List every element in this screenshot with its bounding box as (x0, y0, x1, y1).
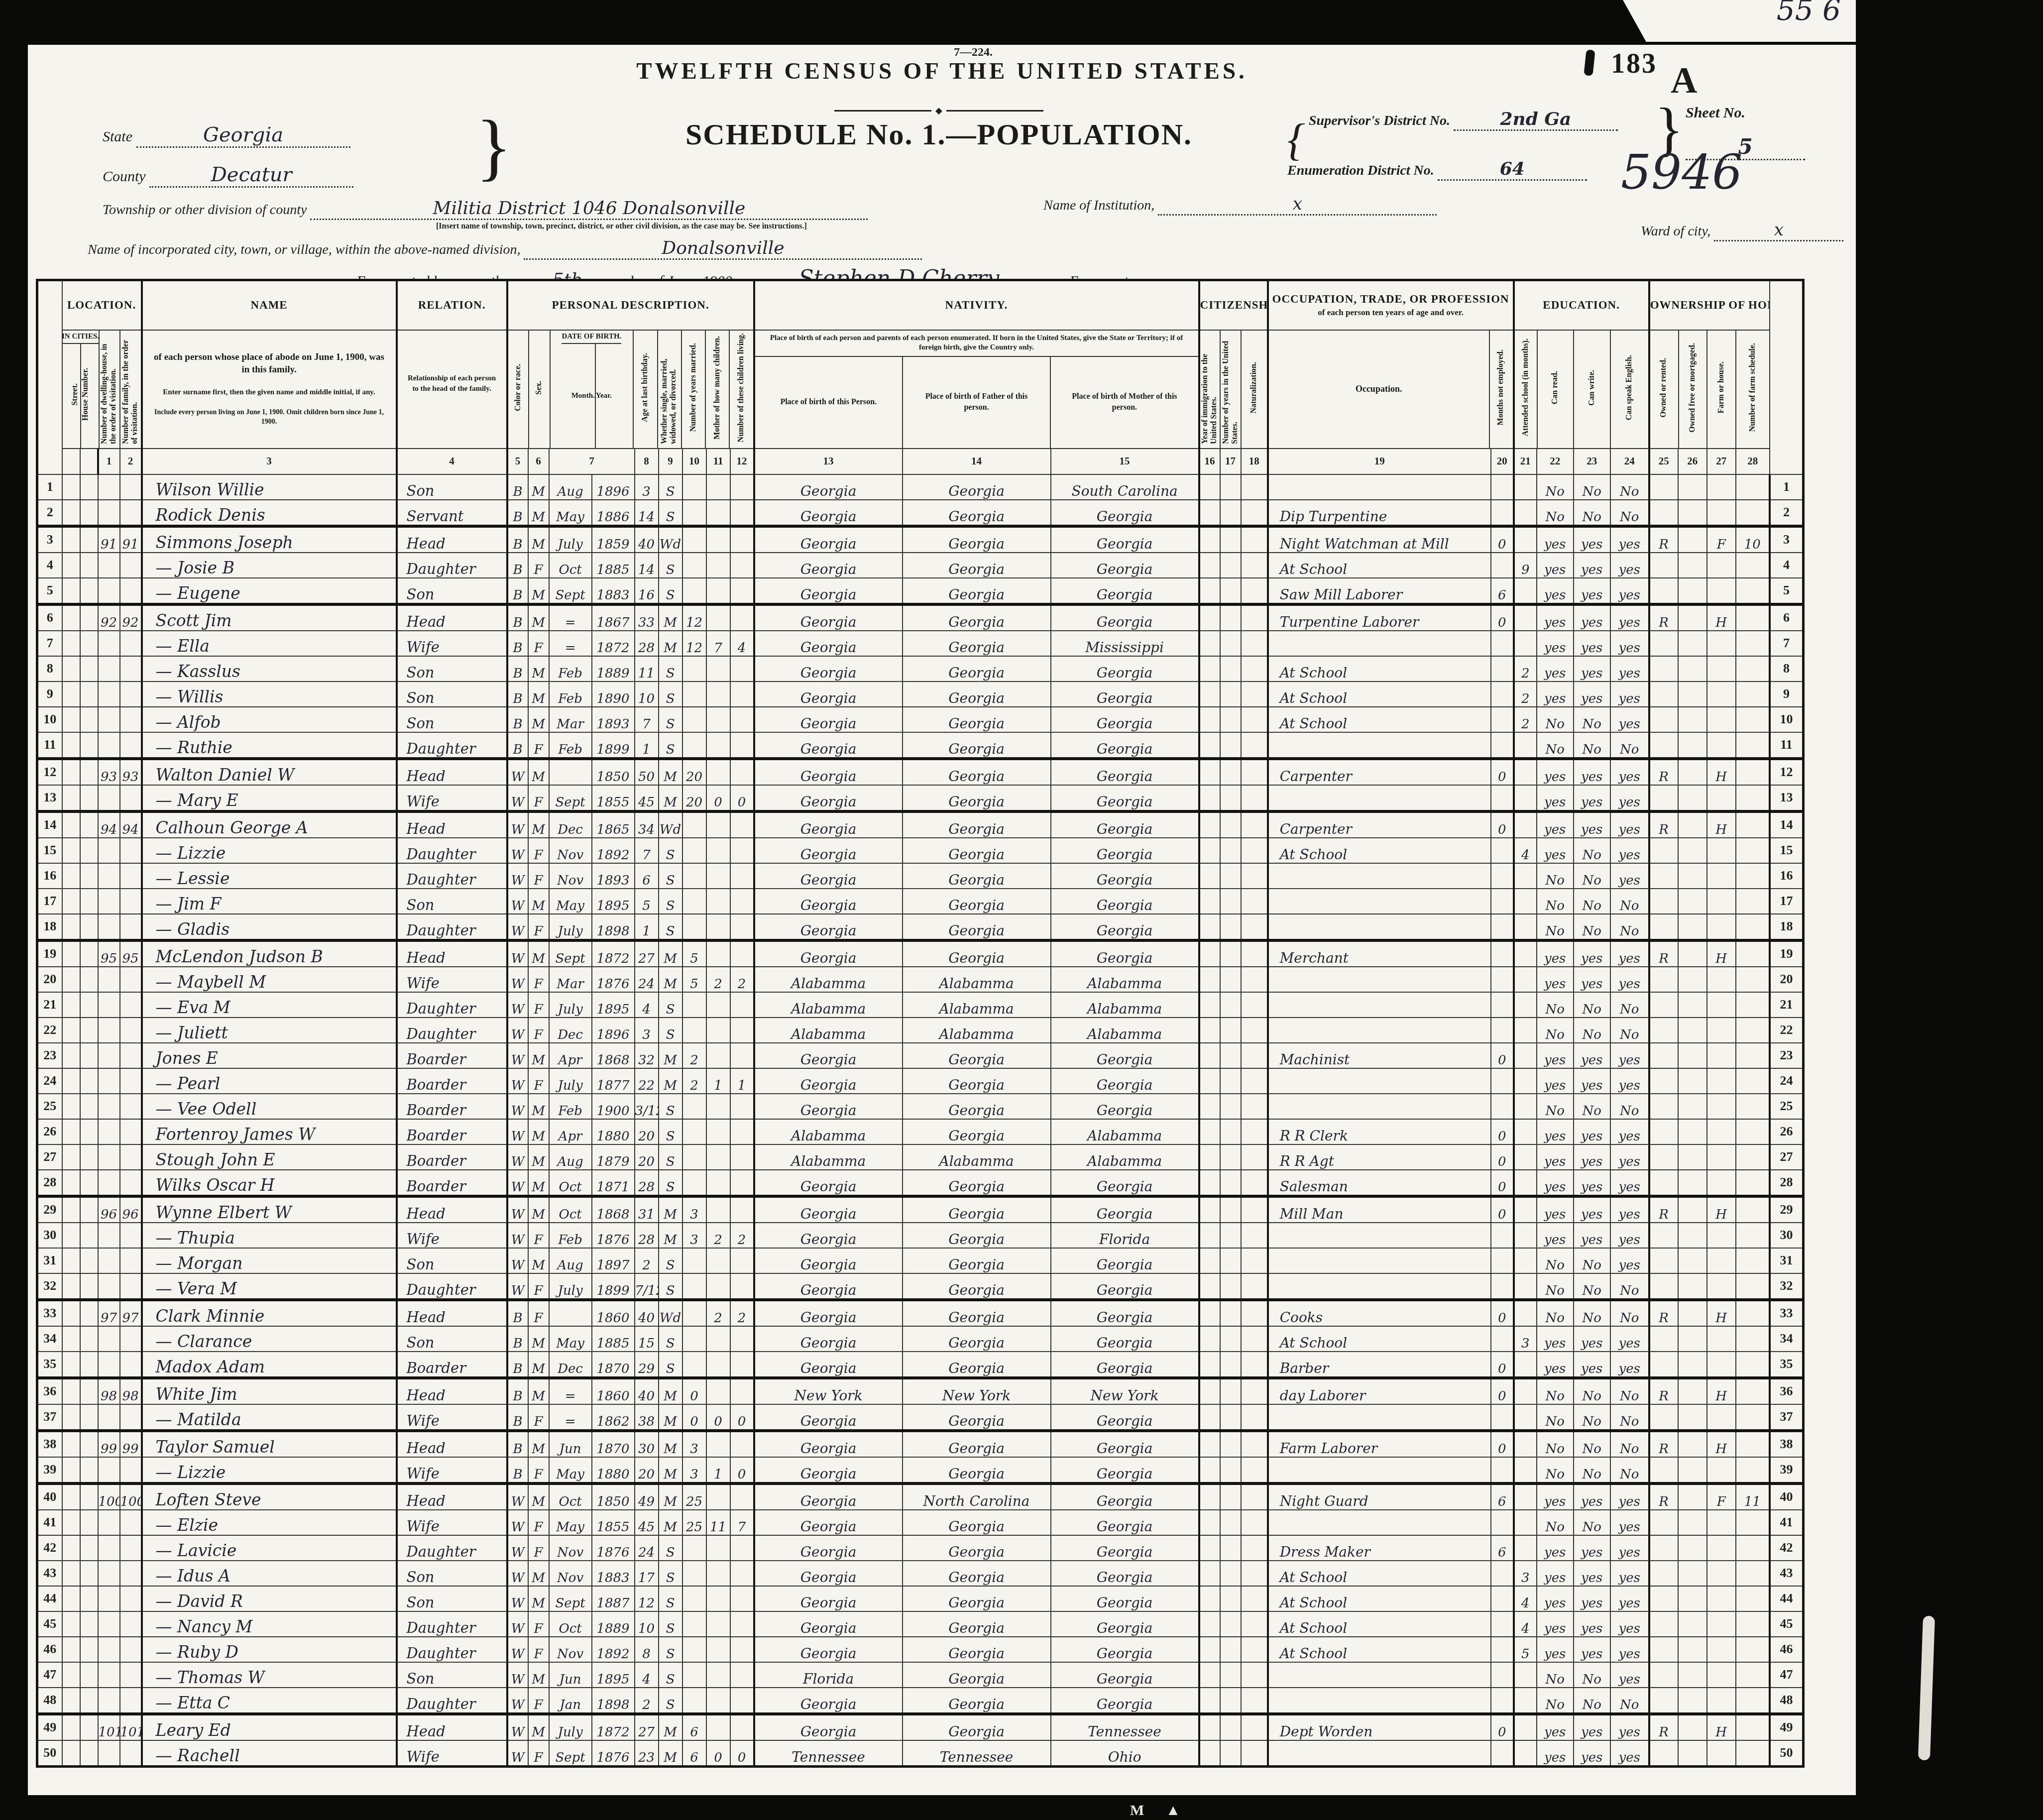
cell-free-mortgaged (1678, 732, 1707, 759)
cell-relation: Son (397, 1662, 507, 1688)
cell-house-number (80, 500, 98, 526)
census-row: 389999Taylor SamuelHeadBMJun187030M3Geor… (37, 1431, 1804, 1457)
state-field: State Georgia (103, 123, 350, 148)
cell-house-number (80, 838, 98, 863)
cell-birth-month: Jun (549, 1431, 592, 1457)
cell-marital-status: Wd (659, 526, 682, 553)
cell-name: — Matilda (142, 1404, 397, 1431)
cell-dwelling-number (98, 1561, 120, 1586)
cell-birthplace-mother: Alabamma (1051, 1119, 1199, 1144)
cell-years-married (682, 553, 706, 578)
cell-birth-month: May (549, 1510, 592, 1535)
cell-months-not-employed (1491, 863, 1514, 889)
cell-sex: M (528, 1144, 549, 1170)
cell-family-number (120, 1352, 142, 1378)
cell-birthplace-mother: Georgia (1051, 1662, 1199, 1688)
cell-can-speak-english: yes (1610, 1223, 1649, 1248)
cell-house-number (80, 1119, 98, 1144)
cell-immigration-year (1199, 474, 1220, 500)
cell-years-in-us (1220, 578, 1241, 604)
cell-birth-year: 1885 (592, 1326, 635, 1352)
cell-age: 20 (635, 1144, 659, 1170)
cell-dwelling-number (98, 838, 120, 863)
cell-birthplace-person: Georgia (754, 1094, 903, 1119)
cell-sex: M (528, 1483, 549, 1510)
cell-sex: M (528, 759, 549, 785)
cell-months-not-employed: 0 (1491, 1378, 1514, 1404)
cell-birthplace-mother: Georgia (1051, 732, 1199, 759)
cell-house-number (80, 1662, 98, 1688)
cell-marital-status: S (659, 707, 682, 732)
cell-children-living (730, 1248, 754, 1273)
column-number-15: 15 (1051, 449, 1199, 474)
cell-age: 8 (635, 1637, 659, 1662)
cell-owned-rented (1649, 1352, 1678, 1378)
cell-birth-year: 1880 (592, 1119, 635, 1144)
cell-naturalization (1241, 1510, 1268, 1535)
cell-children-living (730, 1352, 754, 1378)
cell-birthplace-father: Georgia (903, 1662, 1051, 1688)
cell-owned-rented (1649, 553, 1678, 578)
cell-birth-month: Apr (549, 1119, 592, 1144)
cell-name: Leary Ed (142, 1714, 397, 1740)
cell-family-number: 93 (120, 759, 142, 785)
census-row: 26Fortenroy James WBoarderWMApr188020SAl… (37, 1119, 1804, 1144)
cell-occupation: R R Clerk (1268, 1119, 1491, 1144)
census-row: 199595McLendon Judson BHeadWMSept187227M… (37, 940, 1804, 967)
cell-birthplace-father: Georgia (903, 1068, 1051, 1094)
cell-immigration-year (1199, 1326, 1220, 1352)
cell-years-married (682, 1561, 706, 1586)
cell-age: 17 (635, 1561, 659, 1586)
cell-free-mortgaged (1678, 500, 1707, 526)
cell-can-speak-english: yes (1610, 578, 1649, 604)
cell-marital-status: S (659, 1352, 682, 1378)
cell-free-mortgaged (1678, 1510, 1707, 1535)
cell-farm-house (1707, 732, 1736, 759)
cell-owned-rented (1649, 656, 1678, 682)
cell-birthplace-person: Georgia (754, 553, 903, 578)
cell-birthplace-person: Georgia (754, 707, 903, 732)
cell-street (62, 1688, 80, 1714)
cell-naturalization (1241, 992, 1268, 1018)
cell-color: W (507, 1611, 528, 1637)
family-column-label: Number of family, in the order of visita… (121, 332, 140, 447)
cell-attended-school: 2 (1514, 682, 1537, 707)
cell-can-speak-english: No (1610, 1018, 1649, 1043)
cell-children-living (730, 1637, 754, 1662)
cell-months-not-employed (1491, 914, 1514, 940)
cell-occupation (1268, 1510, 1491, 1535)
cell-birth-month: July (549, 1068, 592, 1094)
cell-birthplace-person: Alabamma (754, 967, 903, 992)
cell-street (62, 604, 80, 631)
county-label: County (103, 168, 146, 185)
census-row: 34— ClaranceSonBMMay188515SGeorgiaGeorgi… (37, 1326, 1804, 1352)
cell-immigration-year (1199, 1068, 1220, 1094)
cell-house-number (80, 1144, 98, 1170)
cell-attended-school (1514, 604, 1537, 631)
cell-years-in-us (1220, 967, 1241, 992)
cell-name: — Juliett (142, 1018, 397, 1043)
cell-naturalization (1241, 1170, 1268, 1196)
cell-mother-of-children (706, 604, 730, 631)
cell-relation: Servant (397, 500, 507, 526)
cell-farm-schedule (1736, 1068, 1770, 1094)
ward-field: Ward of city, x (1641, 220, 1843, 241)
age-column-label: Age at last birthday. (641, 353, 650, 425)
cell-children-living (730, 863, 754, 889)
cell-farm-house (1707, 1326, 1736, 1352)
cell-sex: M (528, 1352, 549, 1378)
cell-family-number (120, 1457, 142, 1483)
cell-occupation: At School (1268, 707, 1491, 732)
cell-house-number (80, 1483, 98, 1510)
cell-can-write: No (1574, 889, 1610, 914)
cell-family-number (120, 732, 142, 759)
cell-children-living (730, 940, 754, 967)
cell-naturalization (1241, 1714, 1268, 1740)
cell-mother-of-children (706, 1094, 730, 1119)
cell-birth-month: Sept (549, 1586, 592, 1611)
cell-birthplace-mother: Georgia (1051, 1196, 1199, 1223)
cell-relation: Boarder (397, 1119, 507, 1144)
cell-naturalization (1241, 785, 1268, 811)
cell-street (62, 1326, 80, 1352)
county-field: County Decatur (103, 163, 353, 188)
cell-naturalization (1241, 1094, 1268, 1119)
column-number-8: 8 (635, 449, 659, 474)
cell-children-living: 2 (730, 967, 754, 992)
institution-field: Name of Institution, x (1043, 194, 1437, 216)
column-number-14: 14 (903, 449, 1051, 474)
cell-house-number (80, 992, 98, 1018)
cell-sex: F (528, 553, 549, 578)
cell-birthplace-person: Georgia (754, 1611, 903, 1637)
row-number-left: 12 (37, 759, 62, 785)
cell-birthplace-mother: South Carolina (1051, 474, 1199, 500)
cell-color: W (507, 1068, 528, 1094)
cell-years-in-us (1220, 1561, 1241, 1586)
cell-age: 49 (635, 1483, 659, 1510)
cell-can-read: yes (1537, 940, 1574, 967)
cell-house-number (80, 811, 98, 838)
cell-relation: Boarder (397, 1144, 507, 1170)
cell-years-married (682, 656, 706, 682)
cell-years-in-us (1220, 1196, 1241, 1223)
cell-years-married: 25 (682, 1483, 706, 1510)
cell-mother-of-children (706, 992, 730, 1018)
cell-birth-month: Sept (549, 1740, 592, 1767)
row-number-right: 9 (1770, 682, 1804, 707)
row-number-left: 38 (37, 1431, 62, 1457)
cell-can-read: No (1537, 1018, 1574, 1043)
cell-dwelling-number (98, 553, 120, 578)
cell-can-read: No (1537, 474, 1574, 500)
cell-years-in-us (1220, 526, 1241, 553)
cell-birth-month: Feb (549, 732, 592, 759)
cell-naturalization (1241, 656, 1268, 682)
cell-can-read: yes (1537, 604, 1574, 631)
cell-color: W (507, 1662, 528, 1688)
month-column-label: Month. (571, 344, 596, 448)
census-row: 39191Simmons JosephHeadBMJuly185940WdGeo… (37, 526, 1804, 553)
cell-mother-of-children (706, 863, 730, 889)
cell-sex: M (528, 1586, 549, 1611)
cell-children-living (730, 1714, 754, 1740)
cell-birth-year: 1872 (592, 631, 635, 656)
personal-subheaders: Color or race. Sex. DATE OF BIRTH. Month… (507, 330, 754, 449)
column-number-blank (80, 449, 98, 474)
cell-age: 12 (635, 1586, 659, 1611)
census-row: 4— Josie BDaughterBFOct188514SGeorgiaGeo… (37, 553, 1804, 578)
cell-marital-status: M (659, 1483, 682, 1510)
cell-occupation: day Laborer (1268, 1378, 1491, 1404)
cell-birthplace-father: Georgia (903, 578, 1051, 604)
cell-years-married (682, 838, 706, 863)
cell-birth-month: Sept (549, 578, 592, 604)
cell-can-speak-english: yes (1610, 604, 1649, 631)
cell-birth-month: Oct (549, 1196, 592, 1223)
cell-marital-status: S (659, 1170, 682, 1196)
cell-months-not-employed: 0 (1491, 1352, 1514, 1378)
cell-birthplace-person: Georgia (754, 1248, 903, 1273)
cell-can-read: No (1537, 1431, 1574, 1457)
cell-family-number (120, 1586, 142, 1611)
cell-relation: Son (397, 656, 507, 682)
cell-house-number (80, 1431, 98, 1457)
cell-birthplace-father: Tennessee (903, 1740, 1051, 1767)
cell-owned-rented (1649, 1637, 1678, 1662)
cell-birthplace-father: Georgia (903, 631, 1051, 656)
cell-relation: Son (397, 474, 507, 500)
row-number-left: 21 (37, 992, 62, 1018)
cell-attended-school (1514, 1714, 1537, 1740)
cell-mother-of-children (706, 500, 730, 526)
microfilm-background: 7—224. TWELFTH CENSUS OF THE UNITED STAT… (0, 0, 2043, 1820)
cell-family-number: 91 (120, 526, 142, 553)
cell-birthplace-father: Georgia (903, 1637, 1051, 1662)
cell-years-married: 0 (682, 1378, 706, 1404)
cell-birth-year: 1893 (592, 707, 635, 732)
mother-children-column-label: Mother of how many children. (713, 336, 722, 443)
cell-sex: M (528, 889, 549, 914)
cell-can-write: yes (1574, 1119, 1610, 1144)
column-number-27: 27 (1707, 449, 1736, 474)
cell-family-number (120, 863, 142, 889)
cell-mother-of-children (706, 1662, 730, 1688)
census-row: 22— JuliettDaughterWFDec18963SAlabammaAl… (37, 1018, 1804, 1043)
row-number-right: 17 (1770, 889, 1804, 914)
cell-color: W (507, 1018, 528, 1043)
schedule-title: SCHEDULE No. 1.—POPULATION. (451, 117, 1427, 152)
cell-free-mortgaged (1678, 1170, 1707, 1196)
cell-free-mortgaged (1678, 1714, 1707, 1740)
cell-name: Rodick Denis (142, 500, 397, 526)
cell-birth-month: Feb (549, 1223, 592, 1248)
cell-relation: Daughter (397, 1018, 507, 1043)
cell-attended-school (1514, 578, 1537, 604)
row-number-right: 4 (1770, 553, 1804, 578)
row-number-right: 10 (1770, 707, 1804, 732)
sex-column-label: Sex. (535, 381, 544, 398)
stamp-page-number: 183 (1611, 48, 1657, 80)
cell-immigration-year (1199, 1586, 1220, 1611)
cell-mother-of-children (706, 553, 730, 578)
row-number-right: 21 (1770, 992, 1804, 1018)
cell-birthplace-person: Georgia (754, 940, 903, 967)
cell-name: — Jim F (142, 889, 397, 914)
cell-mother-of-children: 11 (706, 1510, 730, 1535)
cell-owned-rented (1649, 474, 1678, 500)
cell-birthplace-person: Georgia (754, 785, 903, 811)
cell-attended-school: 2 (1514, 707, 1537, 732)
cell-farm-house (1707, 682, 1736, 707)
row-number-right: 20 (1770, 967, 1804, 992)
cell-naturalization (1241, 578, 1268, 604)
cell-relation: Head (397, 1378, 507, 1404)
cell-naturalization (1241, 940, 1268, 967)
cell-years-in-us (1220, 1586, 1241, 1611)
cell-can-read: No (1537, 1273, 1574, 1300)
census-row: 8— KasslusSonBMFeb188911SGeorgiaGeorgiaG… (37, 656, 1804, 682)
cell-children-living (730, 1144, 754, 1170)
cell-free-mortgaged (1678, 1586, 1707, 1611)
cell-marital-status: S (659, 914, 682, 940)
cell-birthplace-mother: New York (1051, 1378, 1199, 1404)
cell-immigration-year (1199, 1740, 1220, 1767)
cell-name: — Lizzie (142, 1457, 397, 1483)
cell-birthplace-mother: Alabamma (1051, 992, 1199, 1018)
cell-free-mortgaged (1678, 967, 1707, 992)
cell-birth-year: 1883 (592, 578, 635, 604)
row-number-right: 32 (1770, 1273, 1804, 1300)
cell-owned-rented (1649, 889, 1678, 914)
cell-color: W (507, 1273, 528, 1300)
cell-birth-month: Nov (549, 1637, 592, 1662)
cell-free-mortgaged (1678, 1352, 1707, 1378)
cell-street (62, 578, 80, 604)
cell-birth-month: Jun (549, 1662, 592, 1688)
cell-years-in-us (1220, 1144, 1241, 1170)
cell-children-living (730, 914, 754, 940)
census-row: 31— MorganSonWMAug18972SGeorgiaGeorgiaGe… (37, 1248, 1804, 1273)
cell-mother-of-children (706, 1119, 730, 1144)
city-label: Name of incorporated city, town, or vill… (88, 242, 520, 257)
cell-years-married (682, 811, 706, 838)
group-ownership: OWNERSHIP OF HOME. (1649, 280, 1770, 330)
cell-children-living (730, 578, 754, 604)
cell-occupation (1268, 1457, 1491, 1483)
cell-years-married (682, 992, 706, 1018)
cell-can-write: yes (1574, 940, 1610, 967)
cell-years-married (682, 474, 706, 500)
cell-relation: Wife (397, 785, 507, 811)
cell-owned-rented: R (1649, 1378, 1678, 1404)
cell-farm-house (1707, 1248, 1736, 1273)
cell-can-read: No (1537, 992, 1574, 1018)
cell-months-not-employed (1491, 785, 1514, 811)
cell-can-read: No (1537, 500, 1574, 526)
row-number-right: 18 (1770, 914, 1804, 940)
cell-birthplace-person: New York (754, 1378, 903, 1404)
cell-age: 22 (635, 1068, 659, 1094)
cell-name: — Nancy M (142, 1611, 397, 1637)
row-number-left: 29 (37, 1196, 62, 1223)
cell-birthplace-person: Georgia (754, 838, 903, 863)
cell-birthplace-mother: Georgia (1051, 1483, 1199, 1510)
cell-children-living (730, 1535, 754, 1561)
cell-occupation: Dress Maker (1268, 1535, 1491, 1561)
cell-years-married (682, 863, 706, 889)
cell-birthplace-person: Georgia (754, 1352, 903, 1378)
cell-attended-school (1514, 1352, 1537, 1378)
cell-farm-schedule (1736, 1431, 1770, 1457)
cell-sex: M (528, 1431, 549, 1457)
cell-birth-year: 1876 (592, 1223, 635, 1248)
cell-farm-schedule (1736, 604, 1770, 631)
cell-dwelling-number (98, 1688, 120, 1714)
cell-mother-of-children (706, 1378, 730, 1404)
cell-birth-year: 1860 (592, 1300, 635, 1326)
cell-marital-status: S (659, 1119, 682, 1144)
cell-months-not-employed (1491, 1510, 1514, 1535)
census-row: 2Rodick DenisServantBMMay188614SGeorgiaG… (37, 500, 1804, 526)
cell-can-write: yes (1574, 759, 1610, 785)
census-row: 35Madox AdamBoarderBMDec187029SGeorgiaGe… (37, 1352, 1804, 1378)
census-row: 50— RachellWifeWFSept187623M600Tennessee… (37, 1740, 1804, 1767)
cell-mother-of-children (706, 1196, 730, 1223)
cell-color: W (507, 1223, 528, 1248)
cell-naturalization (1241, 1561, 1268, 1586)
row-number-left: 30 (37, 1223, 62, 1248)
cell-immigration-year (1199, 526, 1220, 553)
immigration-year-column-label: Year of immigration to the United States… (1201, 332, 1219, 447)
cell-children-living (730, 1018, 754, 1043)
cell-years-in-us (1220, 940, 1241, 967)
cell-attended-school (1514, 1535, 1537, 1561)
cell-color: W (507, 889, 528, 914)
cell-dwelling-number (98, 1457, 120, 1483)
cell-birth-month: Aug (549, 1248, 592, 1273)
census-row: 47— Thomas WSonWMJun18954SFloridaGeorgia… (37, 1662, 1804, 1688)
cell-dwelling-number (98, 1223, 120, 1248)
cell-free-mortgaged (1678, 707, 1707, 732)
cell-family-number: 92 (120, 604, 142, 631)
cell-occupation: Salesman (1268, 1170, 1491, 1196)
column-number-24: 24 (1610, 449, 1649, 474)
cell-free-mortgaged (1678, 1688, 1707, 1714)
cell-can-speak-english: No (1610, 1431, 1649, 1457)
cell-farm-house (1707, 500, 1736, 526)
cell-naturalization (1241, 914, 1268, 940)
cell-years-married: 3 (682, 1196, 706, 1223)
cell-years-married: 6 (682, 1740, 706, 1767)
cell-attended-school (1514, 1144, 1537, 1170)
cell-mother-of-children (706, 759, 730, 785)
cell-mother-of-children (706, 1535, 730, 1561)
cell-dwelling-number (98, 1535, 120, 1561)
cell-name: — Alfob (142, 707, 397, 732)
months-not-employed-column-label: Months not employed. (1496, 349, 1505, 428)
cell-immigration-year (1199, 553, 1220, 578)
cell-birthplace-mother: Georgia (1051, 526, 1199, 553)
cell-farm-house (1707, 631, 1736, 656)
row-number-right: 39 (1770, 1457, 1804, 1483)
cell-name: — Mary E (142, 785, 397, 811)
cell-can-write: yes (1574, 1352, 1610, 1378)
cell-birthplace-person: Georgia (754, 1068, 903, 1094)
